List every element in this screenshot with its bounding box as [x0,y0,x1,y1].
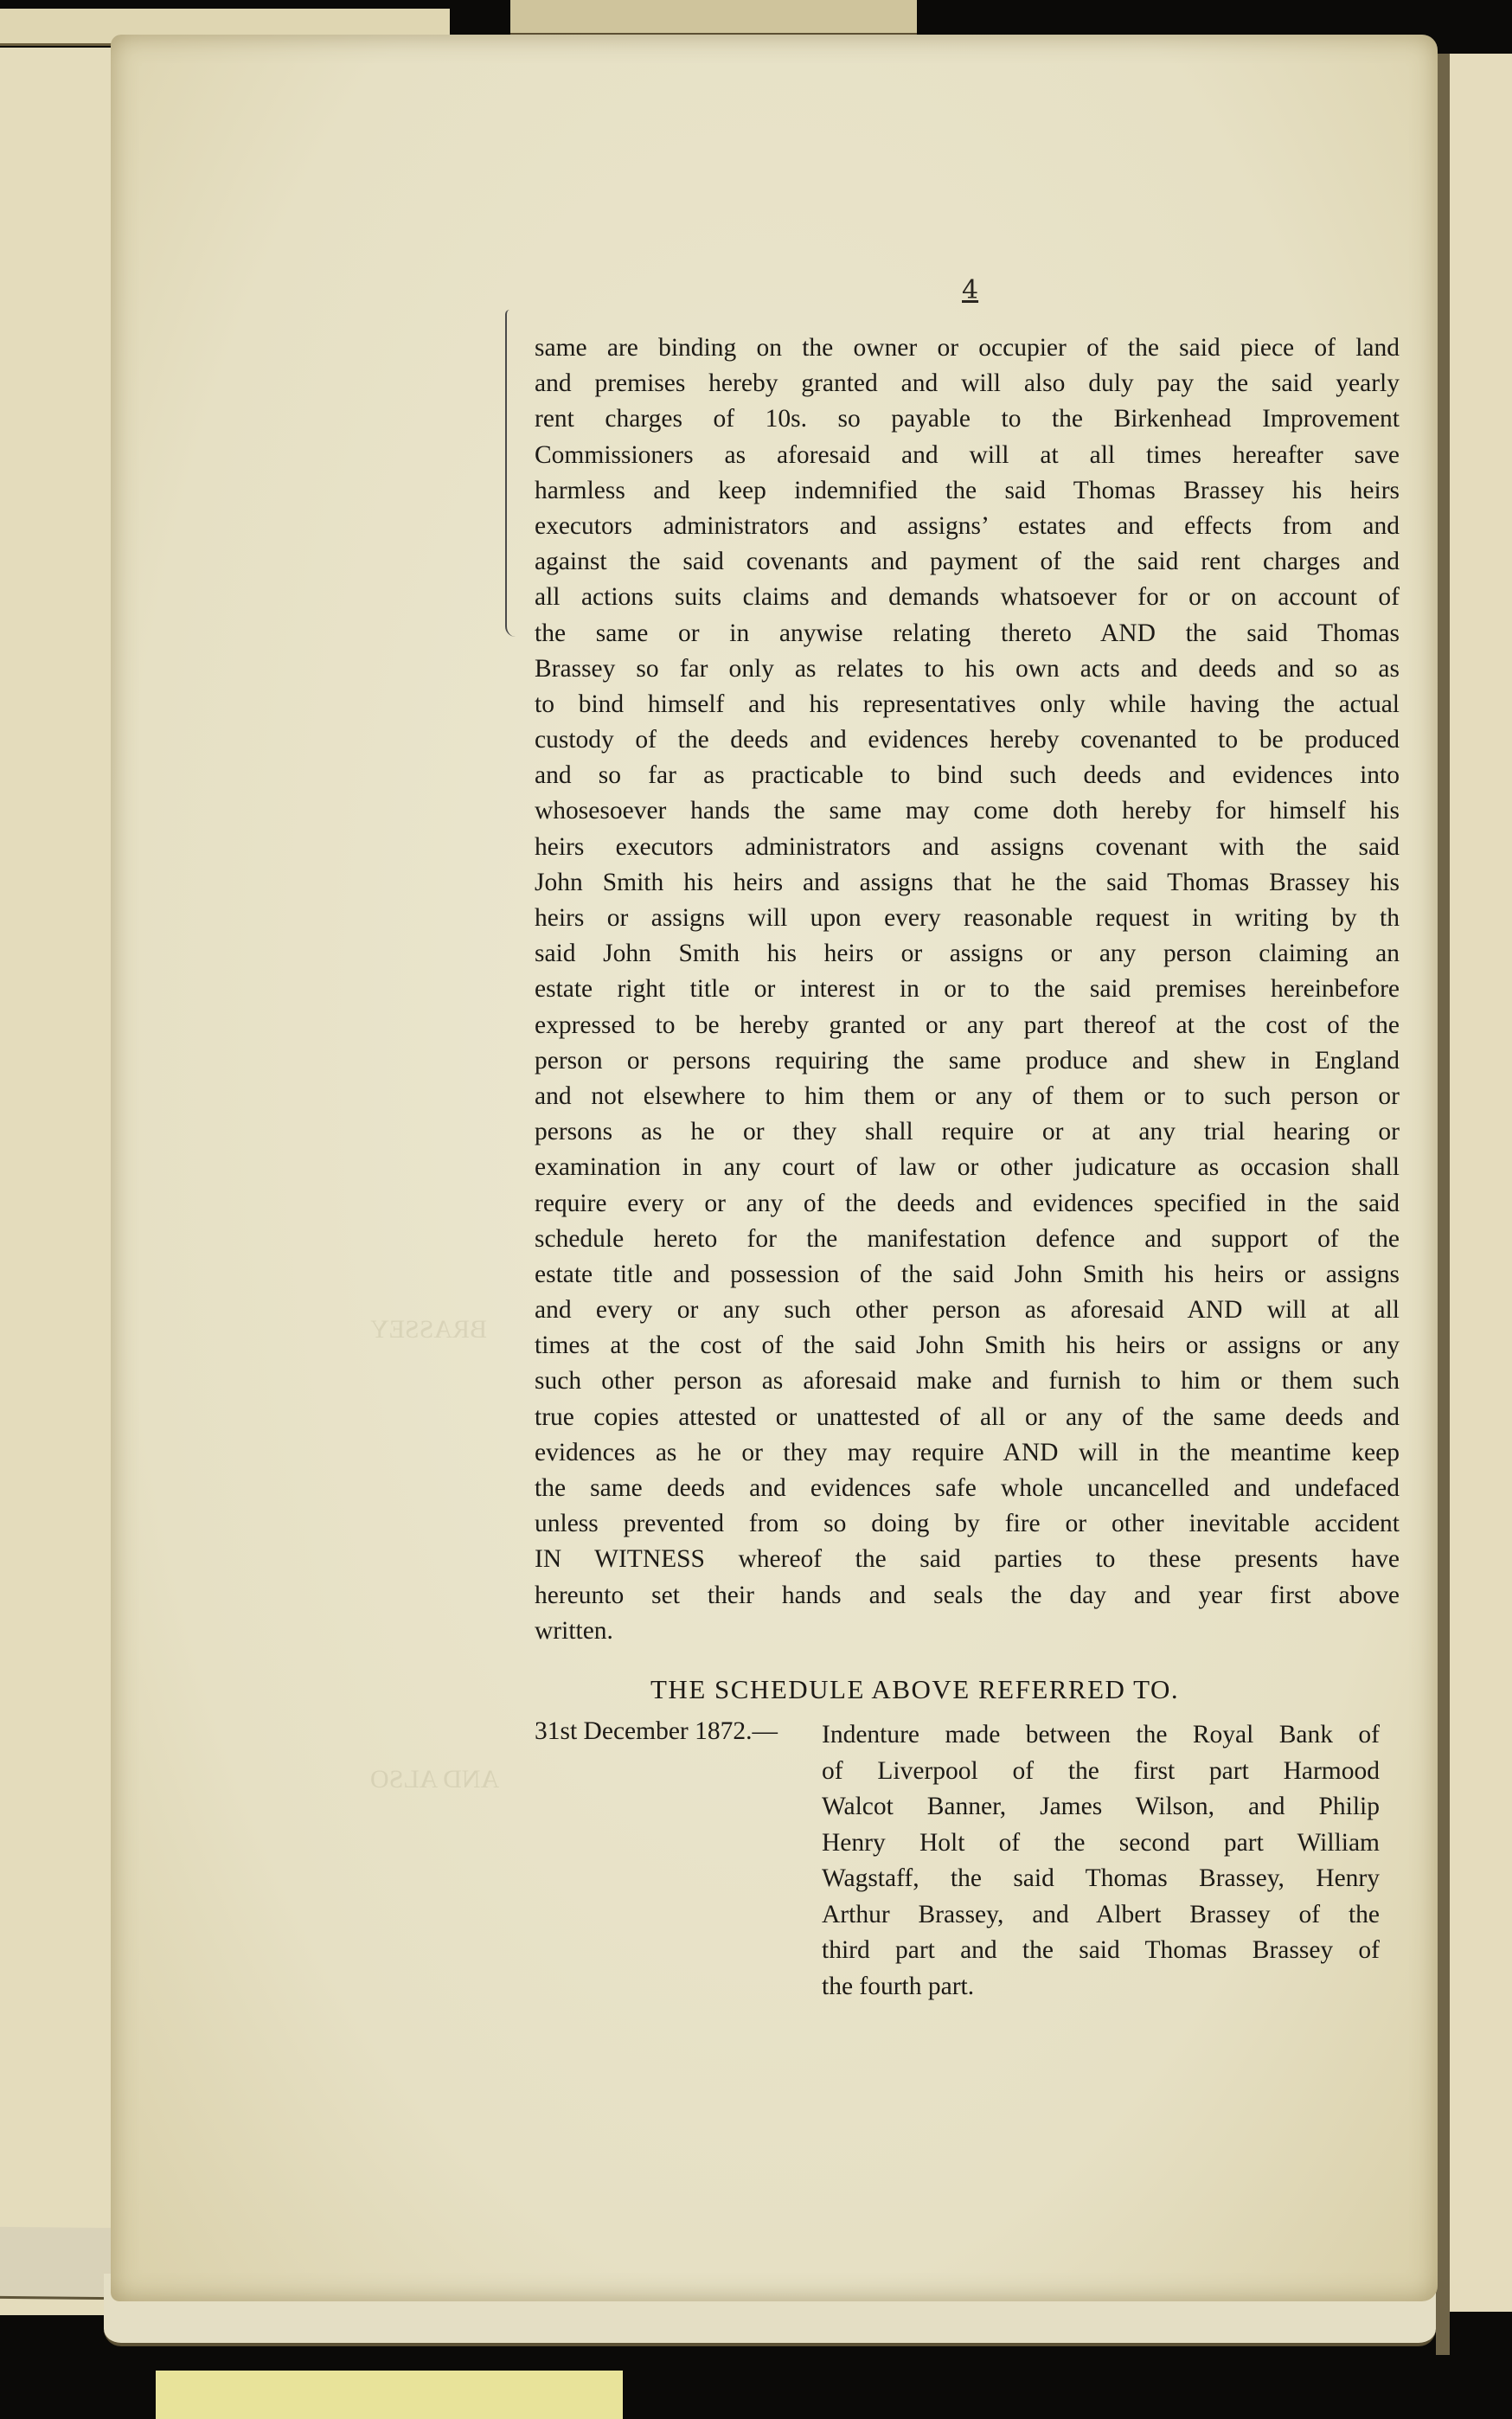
text-line: estate title and possession of the said … [535,1257,1400,1293]
text-line: heirs executors administrators and assig… [535,830,1400,865]
schedule-title: THE SCHEDULE ABOVE REFERRED TO. [650,1674,1308,1705]
text-line: heirs or assigns will upon every reasona… [535,901,1400,936]
text-line: whosesoever hands the same may come doth… [535,793,1400,829]
text-line: written. [535,1614,1400,1649]
yellow-paper-slip [156,2371,623,2419]
bleed-through-text: AND ALSO [370,1765,499,1794]
text-line: and every or any such other person as af… [535,1293,1400,1328]
text-line: true copies attested or unattested of al… [535,1400,1400,1435]
text-line: custody of the deeds and evidences hereb… [535,722,1400,758]
text-line: hereunto set their hands and seals the d… [535,1578,1400,1614]
text-line: of Liverpool of the first part Harmood [822,1754,1380,1790]
text-line: Arthur Brassey, and Albert Brassey of th… [822,1897,1380,1934]
text-line: John Smith his heirs and assigns that he… [535,865,1400,901]
text-line: third part and the said Thomas Brassey o… [822,1933,1380,1969]
text-line: Walcot Banner, James Wilson, and Philip [822,1789,1380,1825]
text-line: persons as he or they shall require or a… [535,1114,1400,1150]
text-line: times at the cost of the said John Smith… [535,1328,1400,1363]
text-line: Indenture made between the Royal Bank of [822,1717,1380,1754]
text-line: expressed to be hereby granted or any pa… [535,1008,1400,1043]
text-line: examination in any court of law or other… [535,1150,1400,1185]
text-line: the same deeds and evidences safe whole … [535,1471,1400,1506]
text-line: said John Smith his heirs or assigns or … [535,936,1400,972]
binding-spine [1436,54,1450,2355]
text-line: rent charges of 10s. so payable to the B… [535,401,1400,437]
text-line: person or persons requiring the same pro… [535,1043,1400,1079]
text-line: such other person as aforesaid make and … [535,1363,1400,1399]
text-line: unless prevented from so doing by fire o… [535,1506,1400,1542]
text-line: and premises hereby granted and will als… [535,366,1400,401]
background-page-edge [510,0,917,35]
text-line: estate right title or interest in or to … [535,972,1400,1007]
text-line: Brassey so far only as relates to his ow… [535,651,1400,687]
adjacent-page [1446,54,1512,2312]
schedule-date: 31st December 1872.— [535,1717,778,1746]
text-line: and not elsewhere to him them or any of … [535,1079,1400,1114]
text-line: same are binding on the owner or occupie… [535,330,1400,366]
text-line: Henry Holt of the second part William [822,1825,1380,1862]
text-line: all actions suits claims and demands wha… [535,580,1400,615]
deed-body-text: same are binding on the owner or occupie… [535,330,1400,1649]
text-line: executors administrators and assigns’ es… [535,509,1400,544]
text-line: and so far as practicable to bind such d… [535,758,1400,793]
text-line: require every or any of the deeds and ev… [535,1186,1400,1222]
text-line: harmless and keep indemnified the said T… [535,473,1400,509]
text-line: against the said covenants and payment o… [535,544,1400,580]
text-line: IN WITNESS whereof the said parties to t… [535,1542,1400,1577]
schedule-entry: Indenture made between the Royal Bank of… [822,1717,1380,2005]
text-line: to bind himself and his representatives … [535,687,1400,722]
text-line: schedule hereto for the manifestation de… [535,1222,1400,1257]
text-line: the same or in anywise relating thereto … [535,616,1400,651]
text-line: Commissioners as aforesaid and will at a… [535,438,1400,473]
text-line: the fourth part. [822,1969,1380,2005]
page-number: 4 [962,275,978,305]
text-line: Wagstaff, the said Thomas Brassey, Henry [822,1861,1380,1897]
margin-bracket-mark [505,310,516,637]
text-line: evidences as he or they may require AND … [535,1435,1400,1471]
bleed-through-text: BRASSEY [370,1315,487,1344]
